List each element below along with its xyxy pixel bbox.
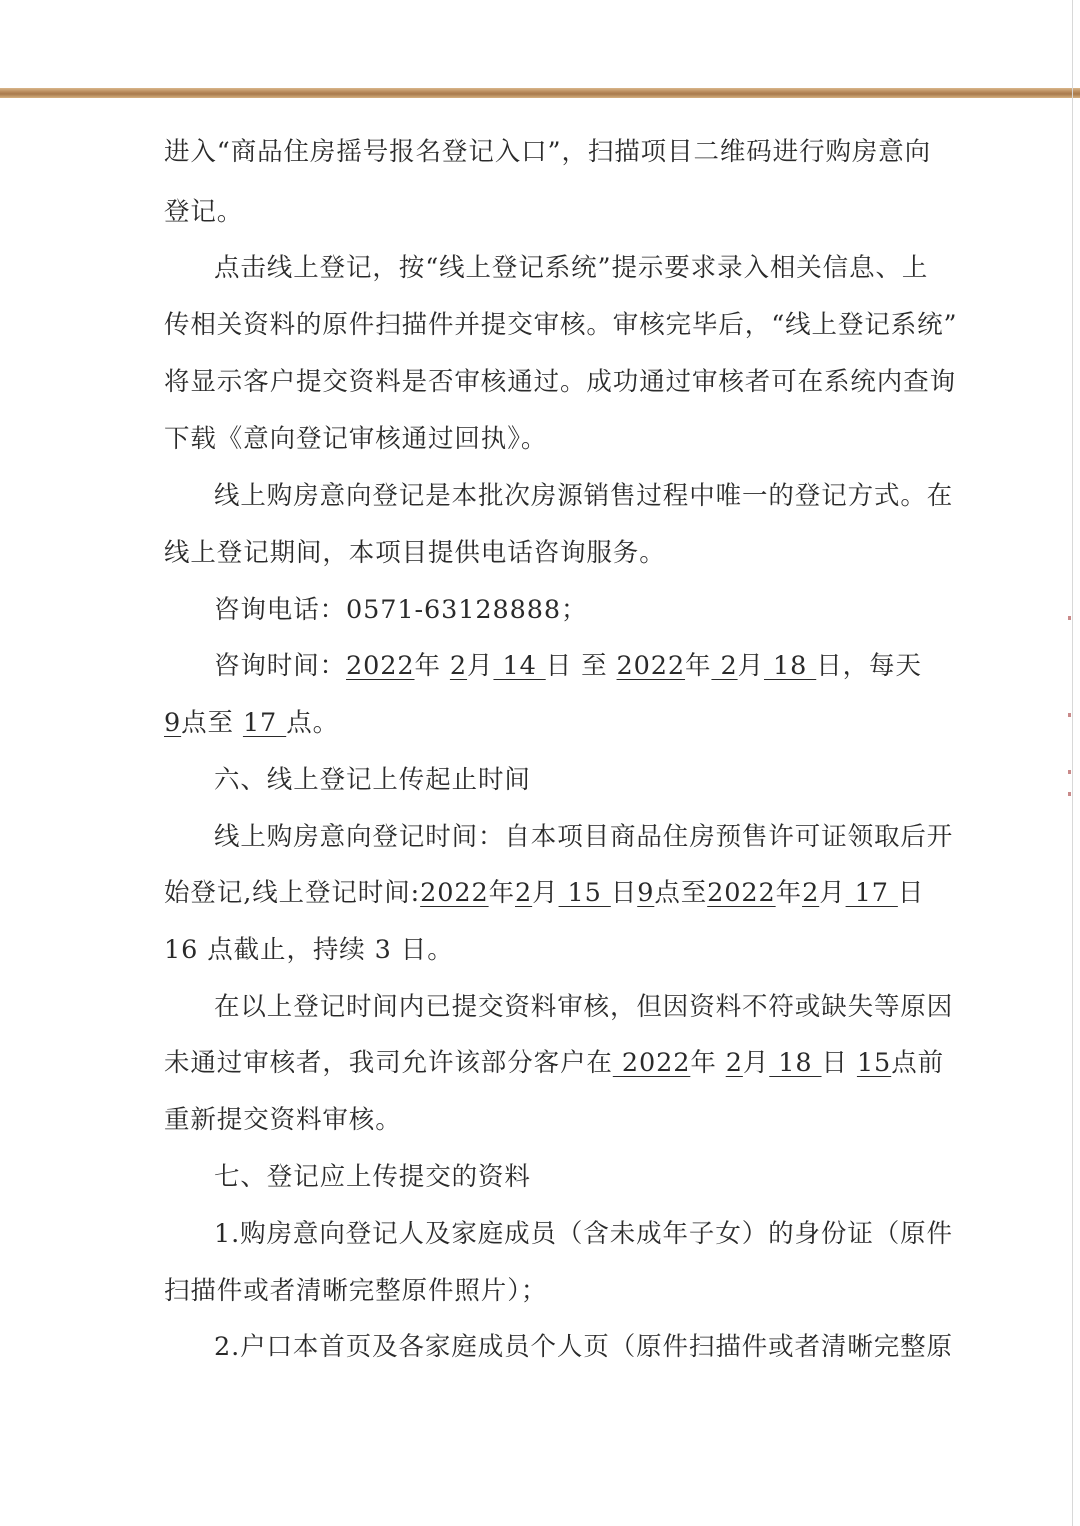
filled-blank: 2 xyxy=(726,1048,743,1078)
edge-mark xyxy=(1068,770,1071,774)
text-segment: 重新提交资料审核。 xyxy=(164,1105,402,1135)
filled-blank: 2 xyxy=(450,651,467,681)
text-segment: 将显示客户提交资料是否审核通过。成功通过审核者可在系统内查询 xyxy=(164,367,956,397)
paragraph-line: 下载《意向登记审核通过回执》。 xyxy=(164,423,547,455)
filled-blank: 15 xyxy=(559,878,611,908)
contact-hours: 咨询时间：2022年 2月 14 日 至 2022年 2月 18 日，每天 xyxy=(214,650,922,682)
text-segment: 登记。 xyxy=(164,197,243,227)
text-segment: 日 至 xyxy=(546,651,617,681)
text-segment: 线上购房意向登记是本批次房源销售过程中唯一的登记方式。在 xyxy=(214,481,953,511)
list-item-continued: 扫描件或者清晰完整原件照片）； xyxy=(164,1275,547,1307)
text-segment: 点至 xyxy=(181,708,243,738)
text-segment: 日 xyxy=(898,878,924,908)
text-segment: 日 xyxy=(822,1048,857,1078)
filled-blank: 2022 xyxy=(617,651,686,681)
text-segment: 月 xyxy=(743,1048,769,1078)
text-segment: 六、线上登记上传起止时间 xyxy=(214,765,531,795)
text-segment: 未通过审核者，我司允许该部分客户在 xyxy=(164,1048,613,1078)
section-heading: 六、线上登记上传起止时间 xyxy=(214,764,531,796)
text-segment: 1.购房意向登记人及家庭成员（含未成年子女）的身份证（原件 xyxy=(214,1219,953,1249)
paragraph-line: 进入“商品住房摇号报名登记入口”，扫描项目二维码进行购房意向 xyxy=(164,136,931,168)
page-edge xyxy=(1072,0,1073,1526)
filled-blank: 2 xyxy=(711,651,737,681)
text-segment: 在以上登记时间内已提交资料审核，但因资料不符或缺失等原因 xyxy=(214,992,953,1022)
filled-blank: 2022 xyxy=(346,651,415,681)
text-segment: 始登记,线上登记时间: xyxy=(164,878,420,908)
filled-blank: 2 xyxy=(515,878,532,908)
text-segment: 点击线上登记，按“线上登记系统”提示要求录入相关信息、上 xyxy=(214,253,928,283)
text-segment: 日，每天 xyxy=(816,651,922,681)
filled-blank: 17 xyxy=(243,708,286,738)
paragraph-line: 9点至 17 点。 xyxy=(164,707,339,739)
paragraph-line: 登记。 xyxy=(164,196,243,228)
paragraph-line: 在以上登记时间内已提交资料审核，但因资料不符或缺失等原因 xyxy=(214,991,953,1023)
filled-blank: 2022 xyxy=(613,1048,691,1078)
paragraph-line: 未通过审核者，我司允许该部分客户在 2022年 2月 18 日 15点前 xyxy=(164,1047,944,1079)
paragraph-line: 16 点截止，持续 3 日。 xyxy=(164,934,454,966)
paragraph-line: 点击线上登记，按“线上登记系统”提示要求录入相关信息、上 xyxy=(214,252,928,284)
list-item: 1.购房意向登记人及家庭成员（含未成年子女）的身份证（原件 xyxy=(214,1218,953,1250)
edge-mark xyxy=(1068,792,1071,796)
text-segment: 传相关资料的原件扫描件并提交审核。审核完毕后，“线上登记系统” xyxy=(164,310,957,340)
text-segment: 月 xyxy=(532,878,558,908)
paragraph-line: 重新提交资料审核。 xyxy=(164,1104,402,1136)
filled-blank: 17 xyxy=(846,878,898,908)
edge-mark xyxy=(1068,713,1071,717)
edge-mark xyxy=(1068,616,1071,620)
text-segment: 七、登记应上传提交的资料 xyxy=(214,1162,531,1192)
filled-blank: 2 xyxy=(802,878,819,908)
filled-blank: 15 xyxy=(857,1048,891,1078)
contact-phone: 咨询电话：0571-63128888； xyxy=(214,594,587,626)
text-segment: 线上购房意向登记时间：自本项目商品住房预售许可证领取后开 xyxy=(214,822,953,852)
text-segment: 日 xyxy=(611,878,637,908)
paragraph-line: 线上购房意向登记是本批次房源销售过程中唯一的登记方式。在 xyxy=(214,480,953,512)
filled-blank: 14 xyxy=(493,651,545,681)
filled-blank: 9 xyxy=(164,708,181,738)
section-heading: 七、登记应上传提交的资料 xyxy=(214,1161,531,1193)
filled-blank: 2022 xyxy=(420,878,489,908)
list-item: 2.户口本首页及各家庭成员个人页（原件扫描件或者清晰完整原 xyxy=(214,1331,953,1363)
text-segment: 年 xyxy=(489,878,515,908)
paragraph-line: 线上登记期间，本项目提供电话咨询服务。 xyxy=(164,537,666,569)
text-segment: 年 xyxy=(690,1048,725,1078)
paragraph-line: 始登记,线上登记时间:2022年2月 15 日9点至2022年2月 17 日 xyxy=(164,877,924,909)
text-segment: 月 xyxy=(467,651,493,681)
text-segment: 咨询电话：0571-63128888； xyxy=(214,595,587,625)
text-segment: 月 xyxy=(819,878,845,908)
text-segment: 线上登记期间，本项目提供电话咨询服务。 xyxy=(164,538,666,568)
text-segment: 年 xyxy=(776,878,802,908)
filled-blank: 18 xyxy=(769,1048,821,1078)
text-segment: 点。 xyxy=(286,708,339,738)
text-segment: 下载《意向登记审核通过回执》。 xyxy=(164,424,547,454)
filled-blank: 9 xyxy=(637,878,654,908)
text-segment: 点至 xyxy=(654,878,707,908)
text-segment: 点前 xyxy=(891,1048,944,1078)
filled-blank: 18 xyxy=(764,651,816,681)
text-segment: 进入“商品住房摇号报名登记入口”，扫描项目二维码进行购房意向 xyxy=(164,137,931,167)
text-segment: 月 xyxy=(738,651,764,681)
paragraph-line: 线上购房意向登记时间：自本项目商品住房预售许可证领取后开 xyxy=(214,821,953,853)
paragraph-line: 将显示客户提交资料是否审核通过。成功通过审核者可在系统内查询 xyxy=(164,366,956,398)
text-segment: 咨询时间： xyxy=(214,651,346,681)
header-rule xyxy=(0,88,1080,98)
text-segment: 16 点截止，持续 3 日。 xyxy=(164,935,454,965)
text-segment: 扫描件或者清晰完整原件照片）； xyxy=(164,1276,547,1306)
paragraph-line: 传相关资料的原件扫描件并提交审核。审核完毕后，“线上登记系统” xyxy=(164,309,957,341)
text-segment: 年 xyxy=(685,651,711,681)
filled-blank: 2022 xyxy=(707,878,776,908)
text-segment: 2.户口本首页及各家庭成员个人页（原件扫描件或者清晰完整原 xyxy=(214,1332,953,1362)
text-segment: 年 xyxy=(415,651,450,681)
